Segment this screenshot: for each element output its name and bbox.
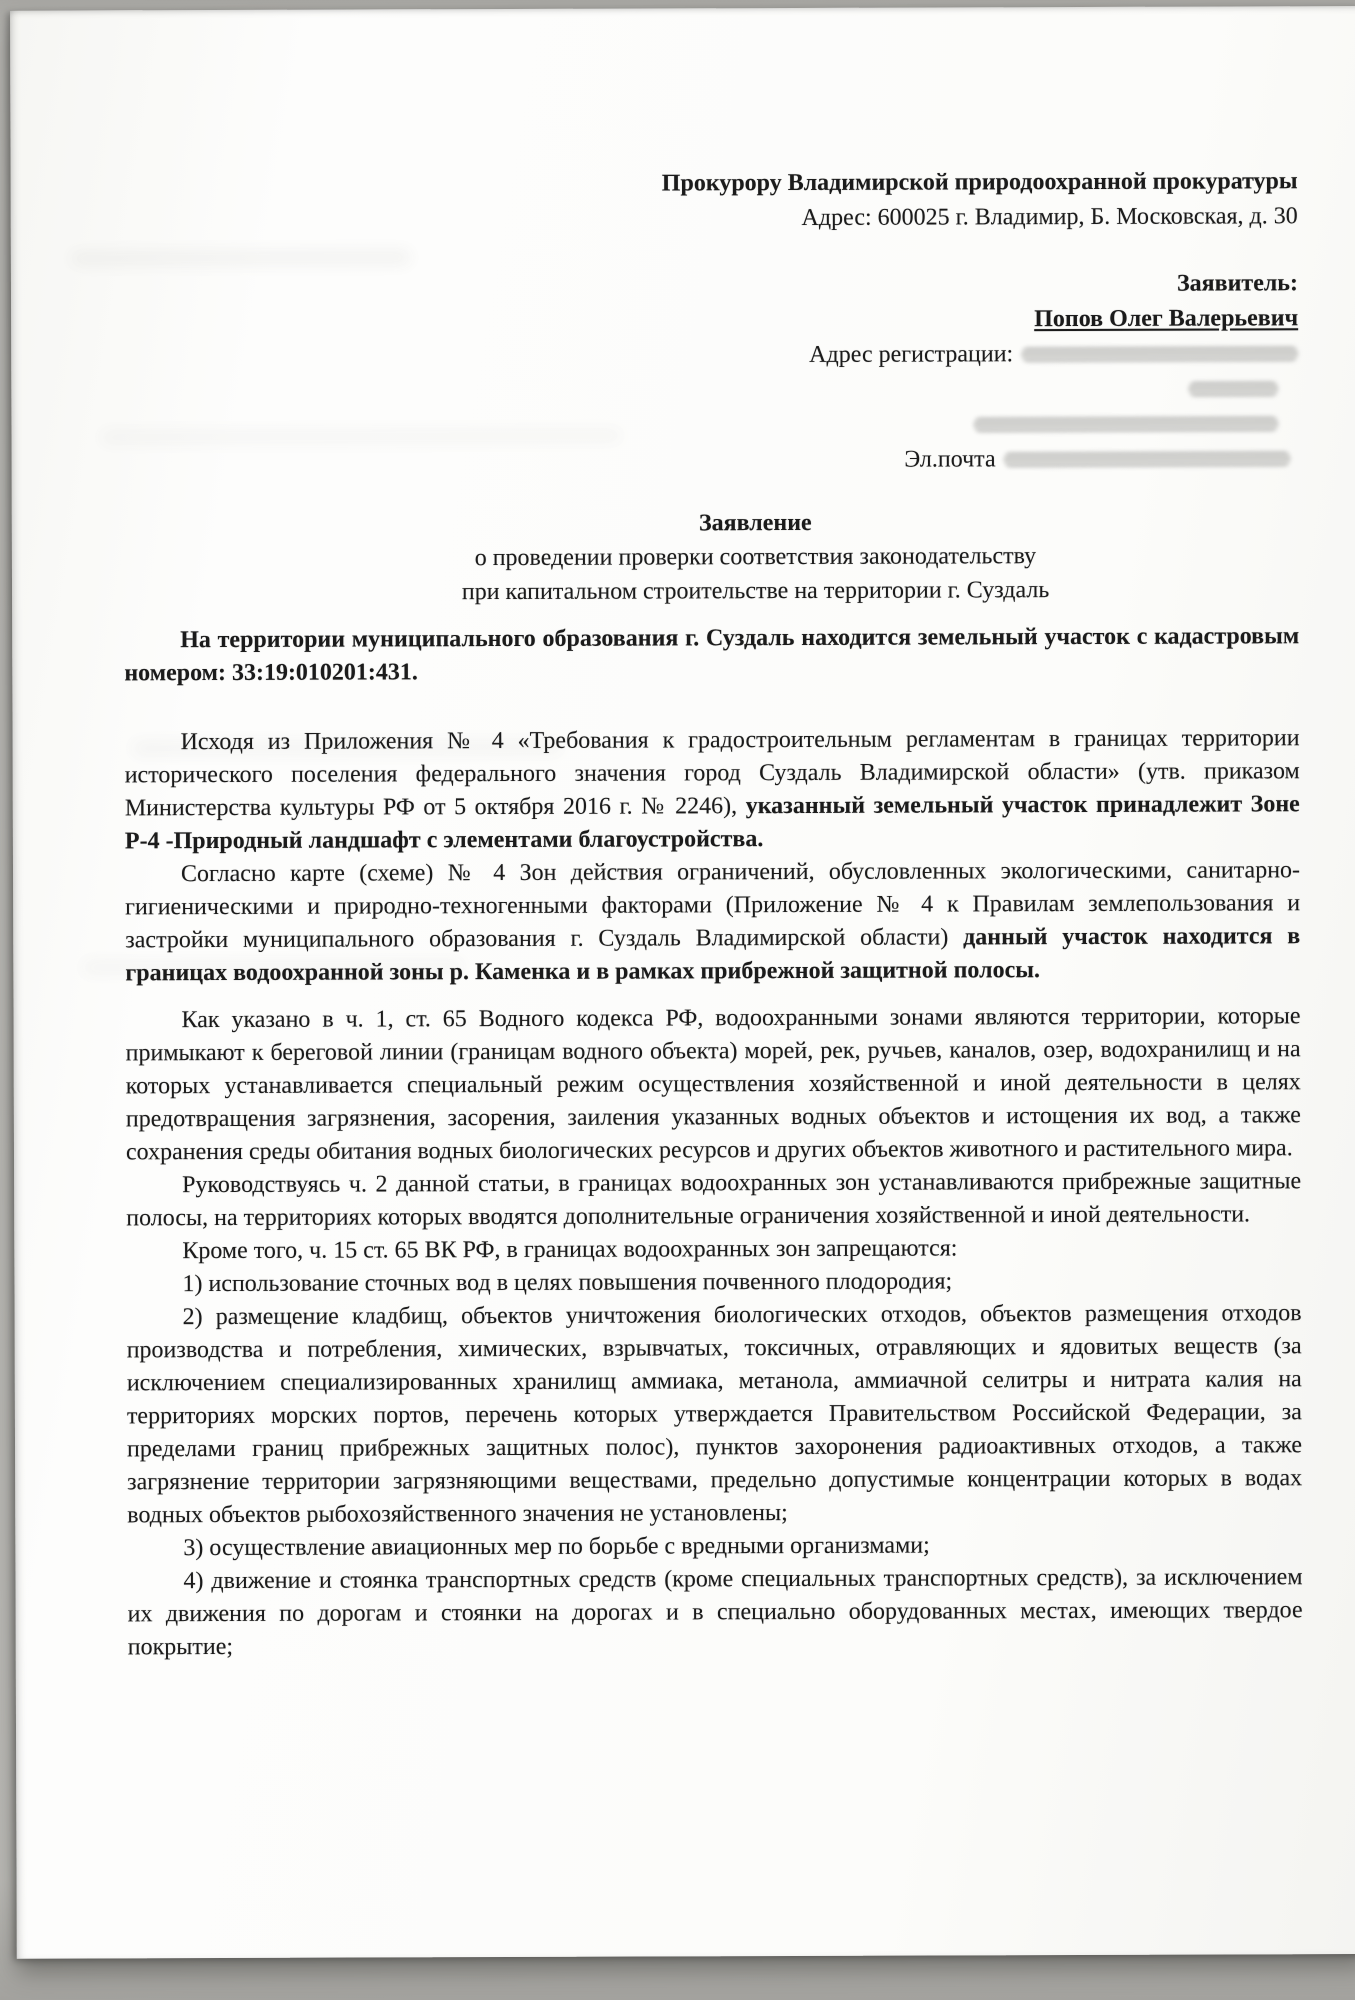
document-content: Прокурору Владимирской природоохранной п…	[10, 6, 1355, 1959]
list-item-2: 2) размещение кладбищ, объектов уничтоже…	[127, 1297, 1303, 1532]
document-body: На территории муниципального образования…	[124, 620, 1303, 1664]
recipient-block: Прокурору Владимирской природоохранной п…	[123, 164, 1298, 238]
applicant-name-row: Попов Олег Валерьевич	[123, 301, 1298, 340]
paragraph-water-code: Как указано в ч. 1, ст. 65 Водного кодек…	[125, 1000, 1301, 1169]
recipient-line: Прокурору Владимирской природоохранной п…	[123, 164, 1298, 203]
applicant-block: Заявитель: Попов Олег Валерьевич Адрес р…	[123, 266, 1299, 480]
applicant-label: Заявитель:	[123, 266, 1298, 305]
redaction-bar	[1021, 346, 1298, 362]
redacted-row	[123, 406, 1278, 445]
paragraph-protective-strips: Руководствуясь ч. 2 данной статьи, в гра…	[126, 1165, 1301, 1235]
document-page: Прокурору Владимирской природоохранной п…	[10, 6, 1355, 1959]
scanned-document-photo: { "document": { "header": { "recipient":…	[0, 0, 1355, 2000]
list-item-4: 4) движение и стоянка транспортных средс…	[127, 1561, 1302, 1664]
email-row: Эл.почта	[124, 441, 1291, 480]
recipient-address-line: Адрес: 600025 г. Владимир, Б. Московская…	[123, 199, 1298, 238]
document-title: Заявление	[168, 504, 1343, 542]
document-subtitle-line: при капитальном строительстве на террито…	[168, 572, 1343, 610]
redacted-row	[123, 371, 1278, 410]
document-subtitle-line: о проведении проверки соответствия закон…	[168, 538, 1343, 576]
registration-address-label: Адрес регистрации:	[809, 341, 1013, 368]
redaction-bar	[973, 416, 1278, 432]
applicant-name: Попов Олег Валерьевич	[1034, 305, 1298, 332]
redaction-bar	[1188, 381, 1278, 396]
paragraph-prohibitions-intro: Кроме того, ч. 15 ст. 65 ВК РФ, в границ…	[126, 1231, 1301, 1268]
title-block: Заявление о проведении проверки соответс…	[168, 504, 1343, 610]
list-item-3: 3) осуществление авиационных мер по борь…	[127, 1528, 1302, 1565]
paragraph-map-zones: Согласно карте (схеме) № 4 Зон действия …	[125, 854, 1300, 990]
list-item-1: 1) использование сточных вод в целях пов…	[126, 1264, 1301, 1301]
paragraph-cadastral: На территории муниципального образования…	[124, 620, 1299, 690]
email-label: Эл.почта	[904, 446, 995, 472]
redaction-bar	[1004, 451, 1291, 467]
paragraph-annex4: Исходя из Приложения № 4 «Требования к г…	[125, 722, 1300, 858]
registration-address-row: Адрес регистрации:	[123, 336, 1298, 375]
